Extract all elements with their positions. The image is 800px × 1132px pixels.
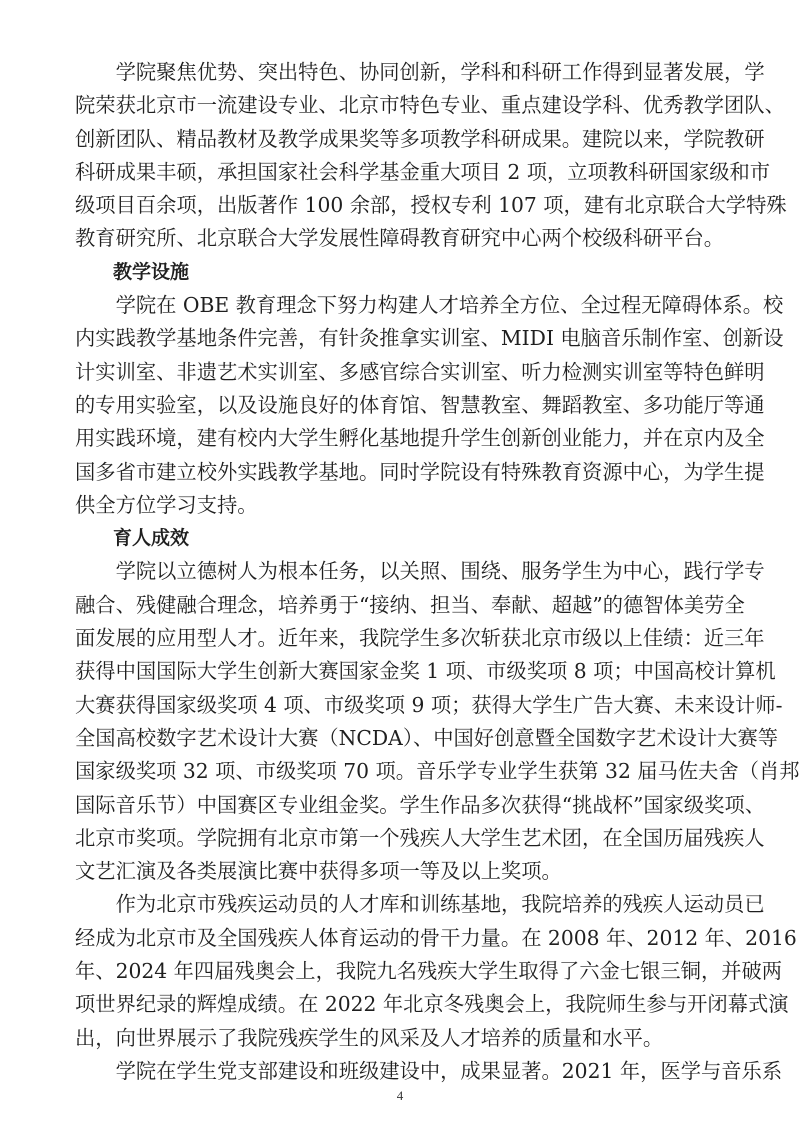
- paragraph-student-awards: 学院以立德树人为根本任务，以关照、围绕、服务学生为中心，践行学专 融合、残健融合…: [75, 555, 731, 888]
- text-line: 的专用实验室，以及设施良好的体育馆、智慧教室、舞蹈教室、多功能厅等通: [75, 389, 731, 422]
- text-line: 级项目百余项，出版著作 100 余部，授权专利 107 项，建有北京联合大学特殊: [75, 189, 731, 222]
- text-line: 面发展的应用型人才。近年来，我院学生多次斩获北京市级以上佳绩：近三年: [75, 622, 731, 655]
- text-line: 获得中国国际大学生创新大赛国家金奖 1 项、市级奖项 8 项；中国高校计算机: [75, 655, 731, 688]
- text-line: 全国高校数字艺术设计大赛（NCDA）、中国好创意暨全国数字艺术设计大赛等: [75, 722, 731, 755]
- document-page: 学院聚焦优势、突出特色、协同创新，学科和科研工作得到显著发展，学 院荣获北京市一…: [75, 56, 731, 1088]
- text-line: 作为北京市残疾运动员的人才库和训练基地，我院培养的残疾人运动员已: [75, 888, 731, 921]
- text-line: 融合、残健融合理念，培养勇于“接纳、担当、奉献、超越”的德智体美劳全: [75, 589, 731, 622]
- text-line: 学院聚焦优势、突出特色、协同创新，学科和科研工作得到显著发展，学: [75, 56, 731, 89]
- text-line: 国家级奖项 32 项、市级奖项 70 项。音乐学专业学生获第 32 届马佐夫舍（…: [75, 755, 731, 788]
- text-line: 科研成果丰硕，承担国家社会科学基金重大项目 2 项，立项教科研国家级和市: [75, 156, 731, 189]
- section-heading-education-outcomes: 育人成效: [75, 522, 731, 555]
- paragraph-research-achievements: 学院聚焦优势、突出特色、协同创新，学科和科研工作得到显著发展，学 院荣获北京市一…: [75, 56, 731, 256]
- text-line: 国际音乐节）中国赛区专业组金奖。学生作品多次获得“挑战杯”国家级奖项、: [75, 789, 731, 822]
- text-line: 内实践教学基地条件完善，有针灸推拿实训室、MIDI 电脑音乐制作室、创新设: [75, 322, 731, 355]
- page-number: 4: [0, 1088, 800, 1104]
- text-line: 供全方位学习支持。: [75, 489, 731, 522]
- text-line: 出，向世界展示了我院残疾学生的风采及人才培养的质量和水平。: [75, 1022, 731, 1055]
- text-line: 经成为北京市及全国残疾人体育运动的骨干力量。在 2008 年、2012 年、20…: [75, 922, 731, 955]
- text-line: 年、2024 年四届残奥会上，我院九名残疾大学生取得了六金七银三铜，并破两: [75, 955, 731, 988]
- text-line: 学院在 OBE 教育理念下努力构建人才培养全方位、全过程无障碍体系。校: [75, 289, 731, 322]
- text-line: 计实训室、非遗艺术实训室、多感官综合实训室、听力检测实训室等特色鲜明: [75, 356, 731, 389]
- text-line: 教育研究所、北京联合大学发展性障碍教育研究中心两个校级科研平台。: [75, 222, 731, 255]
- text-line: 院荣获北京市一流建设专业、北京市特色专业、重点建设学科、优秀教学团队、: [75, 89, 731, 122]
- paragraph-party-branch: 学院在学生党支部建设和班级建设中，成果显著。2021 年，医学与音乐系: [75, 1055, 731, 1088]
- section-heading-teaching-facilities: 教学设施: [75, 256, 731, 289]
- text-line: 创新团队、精品教材及教学成果奖等多项教学科研成果。建院以来，学院教研: [75, 123, 731, 156]
- text-line: 学院以立德树人为根本任务，以关照、围绕、服务学生为中心，践行学专: [75, 555, 731, 588]
- text-line: 学院在学生党支部建设和班级建设中，成果显著。2021 年，医学与音乐系: [75, 1055, 731, 1088]
- text-line: 用实践环境，建有校内大学生孵化基地提升学生创新创业能力，并在京内及全: [75, 422, 731, 455]
- paragraph-teaching-facilities: 学院在 OBE 教育理念下努力构建人才培养全方位、全过程无障碍体系。校 内实践教…: [75, 289, 731, 522]
- text-line: 大赛获得国家级奖项 4 项、市级奖项 9 项；获得大学生广告大赛、未来设计师-: [75, 689, 731, 722]
- text-line: 文艺汇演及各类展演比赛中获得多项一等及以上奖项。: [75, 855, 731, 888]
- text-line: 项世界纪录的辉煌成绩。在 2022 年北京冬残奥会上，我院师生参与开闭幕式演: [75, 988, 731, 1021]
- text-line: 北京市奖项。学院拥有北京市第一个残疾人大学生艺术团，在全国历届残疾人: [75, 822, 731, 855]
- text-line: 国多省市建立校外实践教学基地。同时学院设有特殊教育资源中心，为学生提: [75, 456, 731, 489]
- paragraph-paralympic-athletes: 作为北京市残疾运动员的人才库和训练基地，我院培养的残疾人运动员已 经成为北京市及…: [75, 888, 731, 1054]
